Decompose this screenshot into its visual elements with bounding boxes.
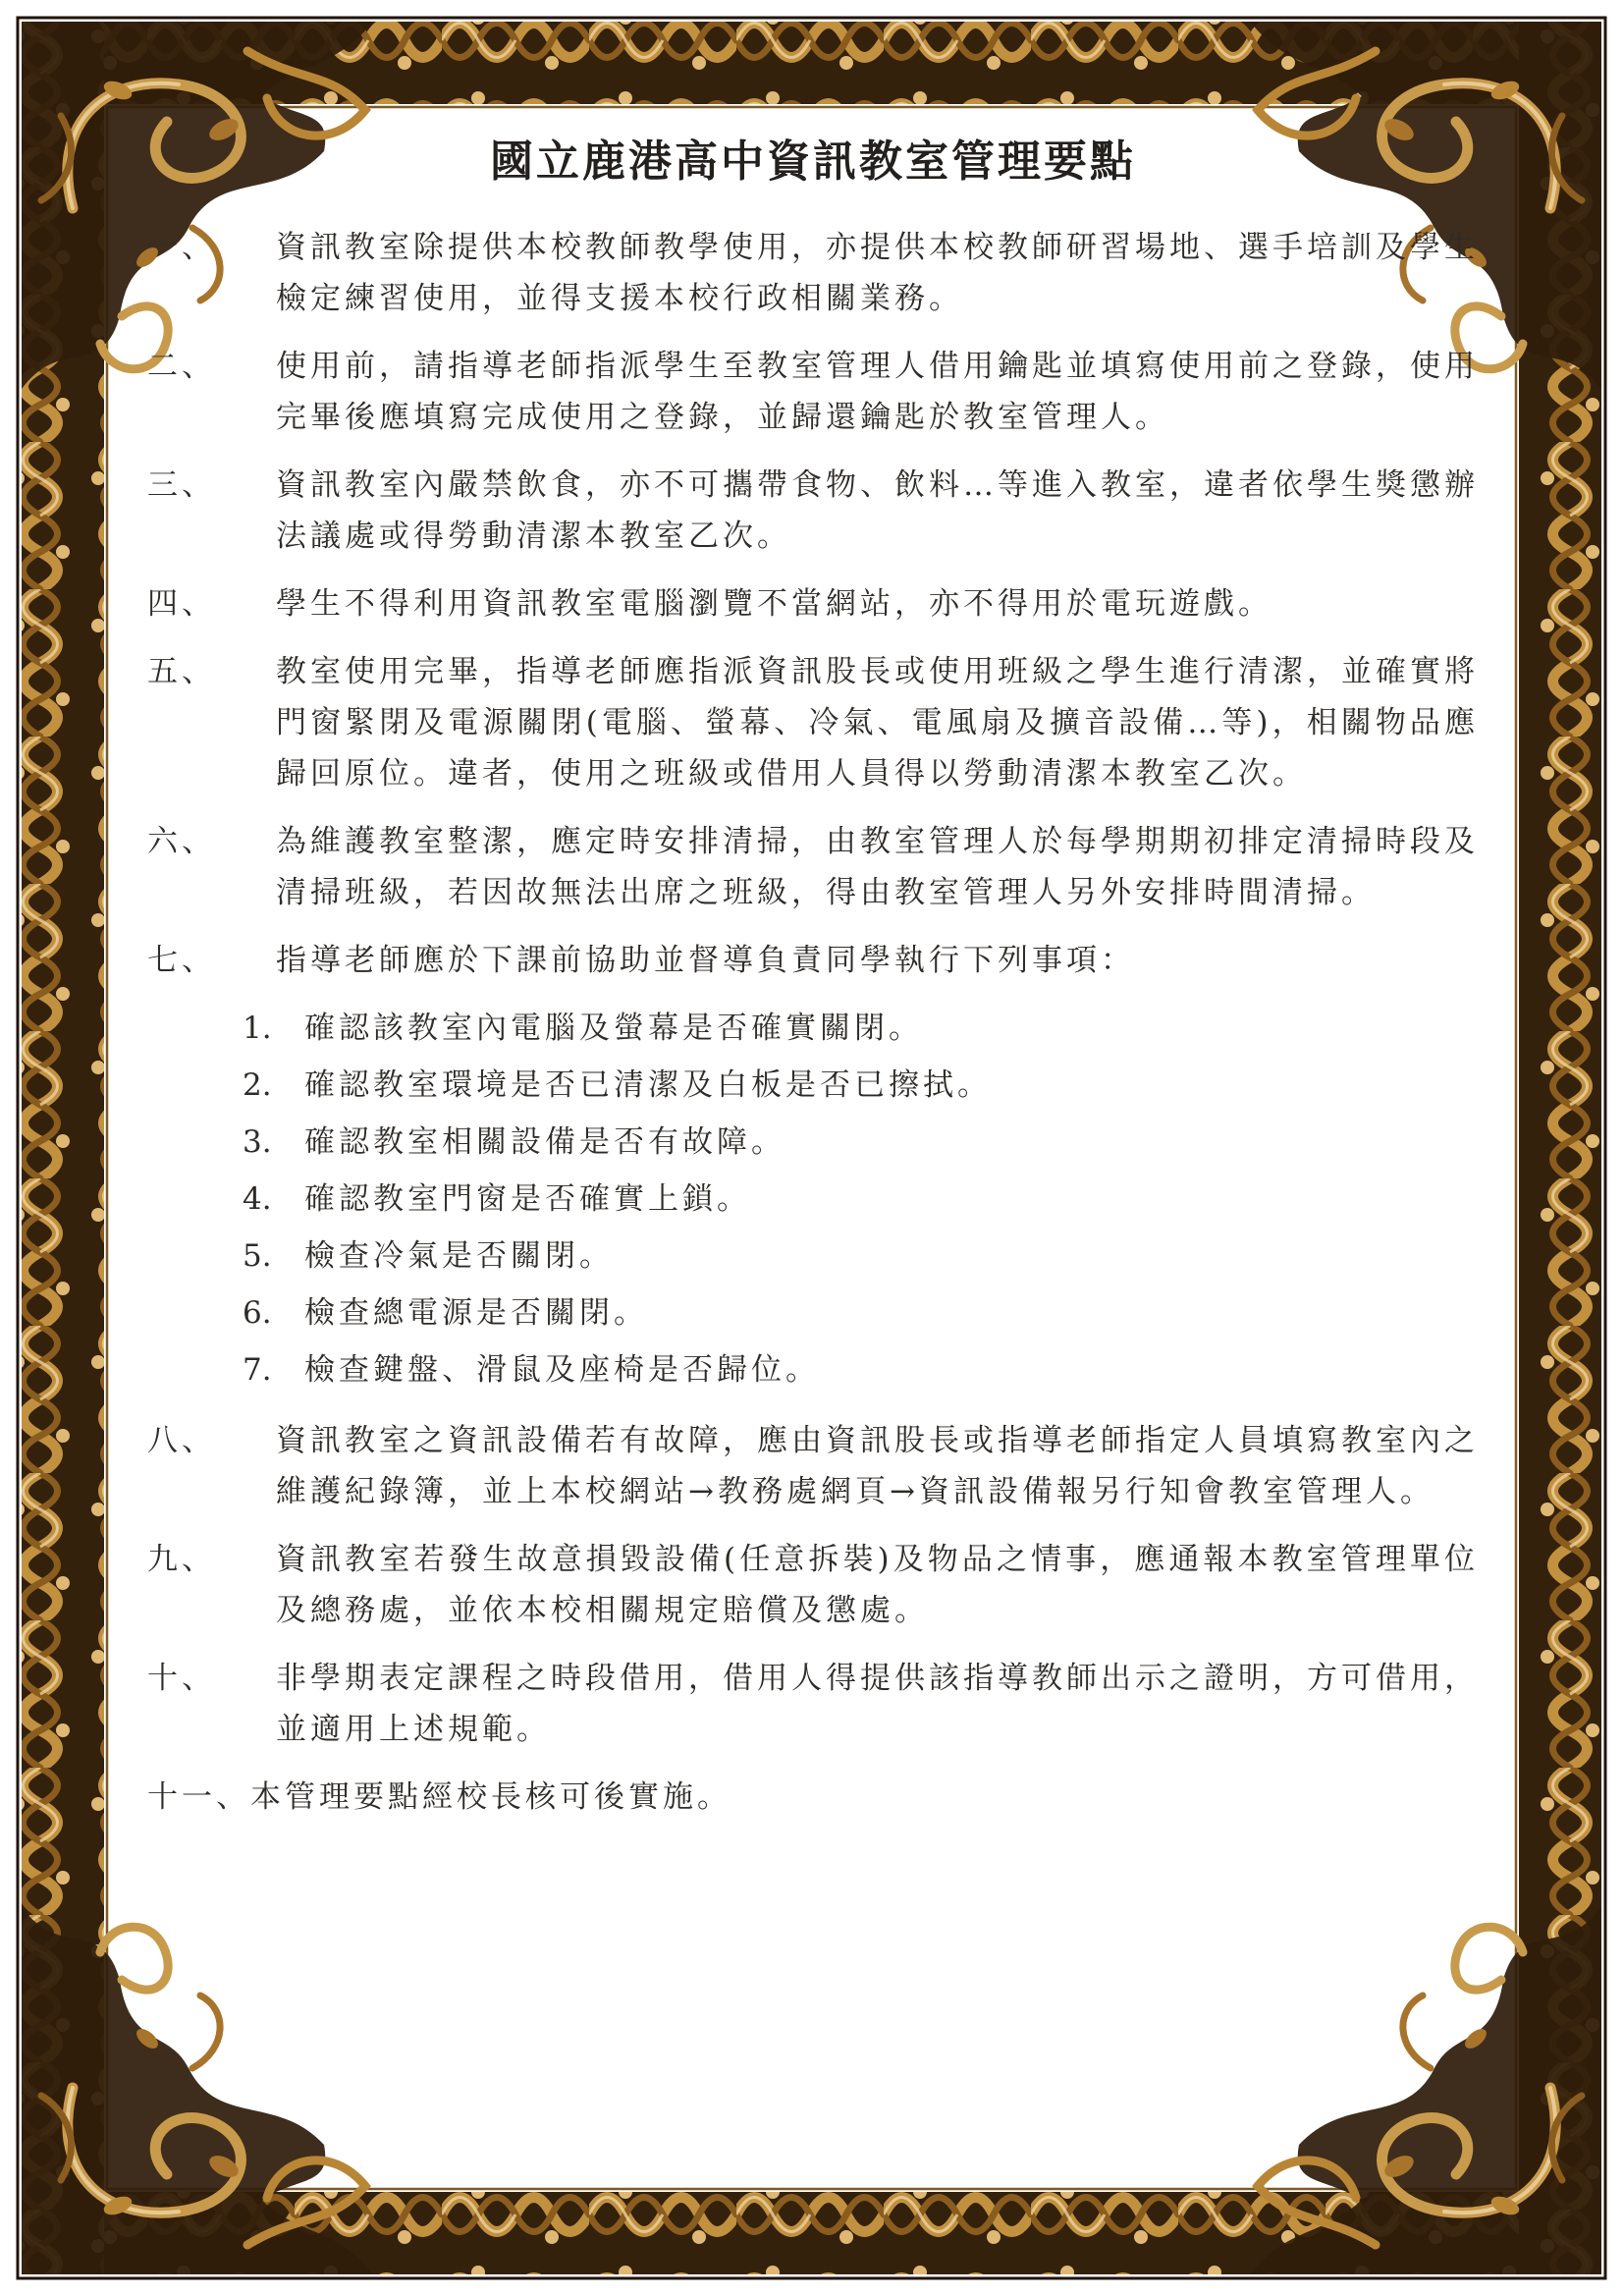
rule-item-2: 二、 使用前，請指導老師指派學生至教室管理人借用鑰匙並填寫使用前之登錄，使用完畢… — [147, 341, 1479, 443]
rule-text: 學生不得利用資訊教室電腦瀏覽不當網站，亦不得用於電玩遊戲。 — [276, 578, 1479, 629]
subrule-text: 確認教室相關設備是否有故障。 — [304, 1117, 1479, 1168]
rule-number: 八、 — [147, 1415, 276, 1517]
subrule-item-4: 4. 確認教室門窗是否確實上鎖。 — [243, 1174, 1479, 1225]
rule-text: 資訊教室內嚴禁飲食，亦不可攜帶食物、飲料…等進入教室，違者依學生獎懲辦法議處或得… — [276, 460, 1479, 562]
rule-item-1: 一、 資訊教室除提供本校教師教學使用，亦提供本校教師研習場地、選手培訓及學生檢定… — [147, 222, 1479, 324]
rule-number: 四、 — [147, 578, 276, 629]
subrule-item-1: 1. 確認該教室內電腦及螢幕是否確實關閉。 — [243, 1003, 1479, 1054]
rule-item-3: 三、 資訊教室內嚴禁飲食，亦不可攜帶食物、飲料…等進入教室，違者依學生獎懲辦法議… — [147, 460, 1479, 562]
rule-7-sublist: 1. 確認該教室內電腦及螢幕是否確實關閉。 2. 確認教室環境是否已清潔及白板是… — [243, 1003, 1479, 1395]
rule-item-4: 四、 學生不得利用資訊教室電腦瀏覽不當網站，亦不得用於電玩遊戲。 — [147, 578, 1479, 629]
subrule-number: 5. — [243, 1230, 304, 1282]
rule-number: 七、 — [147, 935, 276, 986]
rule-item-10: 十、 非學期表定課程之時段借用，借用人得提供該指導教師出示之證明，方可借用，並適… — [147, 1653, 1479, 1755]
rule-number: 六、 — [147, 816, 276, 918]
rule-text: 為維護教室整潔，應定時安排清掃，由教室管理人於每學期期初排定清掃時段及清掃班級，… — [276, 816, 1479, 918]
subrule-item-7: 7. 檢查鍵盤、滑鼠及座椅是否歸位。 — [243, 1344, 1479, 1395]
rule-item-9: 九、 資訊教室若發生故意損毀設備(任意拆裝)及物品之情事，應通報本教室管理單位及… — [147, 1534, 1479, 1636]
rule-item-6: 六、 為維護教室整潔，應定時安排清掃，由教室管理人於每學期期初排定清掃時段及清掃… — [147, 816, 1479, 918]
rule-item-5: 五、 教室使用完畢，指導老師應指派資訊股長或使用班級之學生進行清潔，並確實將門窗… — [147, 646, 1479, 799]
document-page: { "document": { "title": "國立鹿港高中資訊教室管理要點… — [0, 0, 1623, 2296]
subrule-item-6: 6. 檢查總電源是否關閉。 — [243, 1287, 1479, 1339]
subrule-number: 2. — [243, 1060, 304, 1111]
rule-text: 本管理要點經校長核可後實施。 — [250, 1772, 1479, 1823]
subrule-item-5: 5. 檢查冷氣是否關閉。 — [243, 1230, 1479, 1282]
subrule-number: 7. — [243, 1344, 304, 1395]
rule-text: 教室使用完畢，指導老師應指派資訊股長或使用班級之學生進行清潔，並確實將門窗緊閉及… — [276, 646, 1479, 799]
rule-text: 非學期表定課程之時段借用，借用人得提供該指導教師出示之證明，方可借用，並適用上述… — [276, 1653, 1479, 1755]
subrule-item-3: 3. 確認教室相關設備是否有故障。 — [243, 1117, 1479, 1168]
subrule-text: 確認教室環境是否已清潔及白板是否已擦拭。 — [304, 1060, 1479, 1111]
rule-item-8: 八、 資訊教室之資訊設備若有故障，應由資訊股長或指導老師指定人員填寫教室內之維護… — [147, 1415, 1479, 1517]
rule-number: 一、 — [147, 222, 276, 324]
subrule-item-2: 2. 確認教室環境是否已清潔及白板是否已擦拭。 — [243, 1060, 1479, 1111]
subrule-text: 檢查冷氣是否關閉。 — [304, 1230, 1479, 1282]
page-title: 國立鹿港高中資訊教室管理要點 — [147, 136, 1479, 189]
rule-item-7: 七、 指導老師應於下課前協助並督導負責同學執行下列事項： — [147, 935, 1479, 986]
subrule-text: 檢查鍵盤、滑鼠及座椅是否歸位。 — [304, 1344, 1479, 1395]
rule-text: 指導老師應於下課前協助並督導負責同學執行下列事項： — [276, 935, 1479, 986]
rule-text: 使用前，請指導老師指派學生至教室管理人借用鑰匙並填寫使用前之登錄，使用完畢後應填… — [276, 341, 1479, 443]
rule-number: 九、 — [147, 1534, 276, 1636]
subrule-text: 確認教室門窗是否確實上鎖。 — [304, 1174, 1479, 1225]
document-content: 國立鹿港高中資訊教室管理要點 一、 資訊教室除提供本校教師教學使用，亦提供本校教… — [147, 136, 1479, 1839]
rule-text: 資訊教室若發生故意損毀設備(任意拆裝)及物品之情事，應通報本教室管理單位及總務處… — [276, 1534, 1479, 1636]
subrule-number: 3. — [243, 1117, 304, 1168]
rule-item-11: 十一、 本管理要點經校長核可後實施。 — [147, 1772, 1479, 1823]
rule-number: 二、 — [147, 341, 276, 443]
subrule-text: 確認該教室內電腦及螢幕是否確實關閉。 — [304, 1003, 1479, 1054]
rule-text: 資訊教室除提供本校教師教學使用，亦提供本校教師研習場地、選手培訓及學生檢定練習使… — [276, 222, 1479, 324]
rule-number: 三、 — [147, 460, 276, 562]
subrule-number: 6. — [243, 1287, 304, 1339]
subrule-text: 檢查總電源是否關閉。 — [304, 1287, 1479, 1339]
rule-number: 十、 — [147, 1653, 276, 1755]
rule-number: 十一、 — [147, 1772, 250, 1823]
rule-text: 資訊教室之資訊設備若有故障，應由資訊股長或指導老師指定人員填寫教室內之維護紀錄簿… — [276, 1415, 1479, 1517]
subrule-number: 4. — [243, 1174, 304, 1225]
rule-number: 五、 — [147, 646, 276, 799]
subrule-number: 1. — [243, 1003, 304, 1054]
